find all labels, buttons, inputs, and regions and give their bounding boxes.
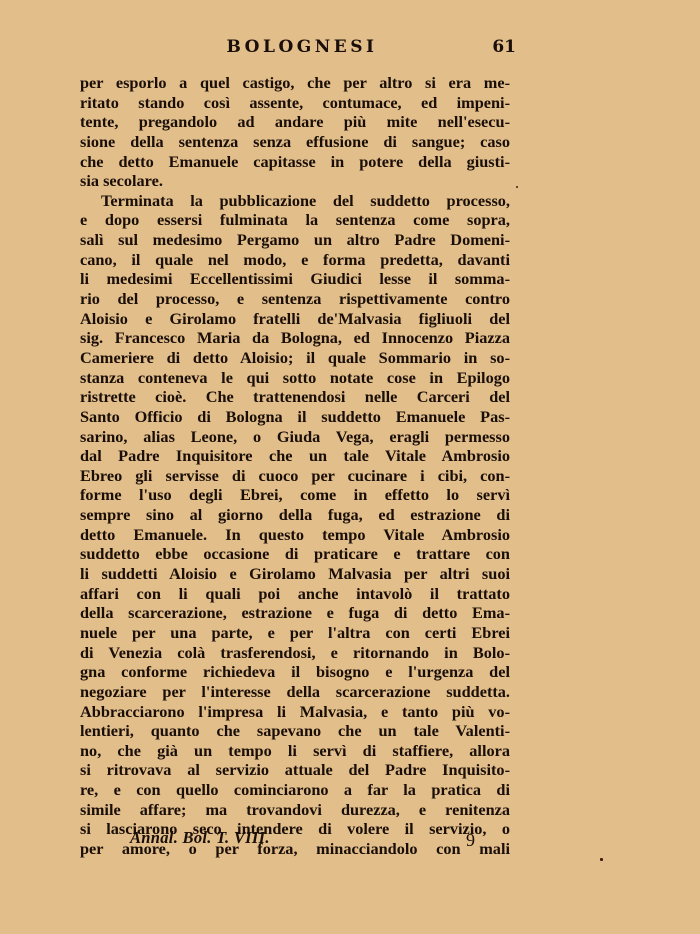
signature-mark: 9 [466,830,475,851]
text-line: Santo Officio di Bologna il suddetto Ema… [80,407,510,427]
text-line: Ebreo gli servisse di cuoco per cucinare… [80,466,510,486]
text-line: salì sul medesimo Pergamo un altro Padre… [80,230,510,250]
text-line: li suddetti Aloisio e Girolamo Malvasia … [80,564,510,584]
signature-line: Annal. Bol. T. VIII. [130,828,270,848]
text-line: e dopo essersi fulminata la sentenza com… [80,210,510,230]
body-text: per esporlo a quel castigo, che per altr… [80,73,510,859]
text-line: sempre sino al giorno della fuga, ed est… [80,505,510,525]
text-line: Cameriere di detto Aloisio; il quale Som… [80,348,510,368]
ink-speck [600,858,603,861]
text-line: dal Padre Inquisitore che un tale Vitale… [80,446,510,466]
book-page: BOLOGNESI 61 per esporlo a quel castigo,… [0,0,700,934]
text-line: sarino, alias Leone, o Giuda Vega, eragl… [80,427,510,447]
ink-speck [516,186,518,188]
text-line: no, che già un tempo li servì di staffie… [80,741,510,761]
running-head: BOLOGNESI 61 [80,37,510,61]
text-line: affari con li quali poi anche intavolò i… [80,584,510,604]
text-line: di Venezia colà trasferendosi, e ritorna… [80,643,510,663]
text-line: della scarcerazione, estrazione e fuga d… [80,603,510,623]
text-line: ristrette cioè. Che trattenendosi nelle … [80,387,510,407]
page-footer: Annal. Bol. T. VIII. 9 [130,828,475,850]
text-line: detto Emanuele. In questo tempo Vitale A… [80,525,510,545]
text-line: Abbracciarono l'impresa li Malvasia, e t… [80,702,510,722]
text-line: sig. Francesco Maria da Bologna, ed Inno… [80,328,510,348]
text-line: Aloisio e Girolamo fratelli de'Malvasia … [80,309,510,329]
text-line: rio del processo, e sentenza rispettivam… [80,289,510,309]
text-line: ritato stando così assente, contumace, e… [80,93,510,113]
text-line: nuele per una parte, e per l'altra con c… [80,623,510,643]
text-line: suddetto ebbe occasione di praticare e t… [80,544,510,564]
text-line: per esporlo a quel castigo, che per altr… [80,73,510,93]
text-line: simile affare; ma trovandovi durezza, e … [80,800,510,820]
text-line: stanza conteneva le qui sotto notate cos… [80,368,510,388]
text-line: gna conforme richiedeva il bisogno e l'u… [80,662,510,682]
text-line: tente, pregandolo ad andare più mite nel… [80,112,510,132]
text-line: re, e con quello cominciarono a far la p… [80,780,510,800]
text-line: forme l'uso degli Ebrei, come in effetto… [80,485,510,505]
text-line: lentieri, quanto che sapevano che un tal… [80,721,510,741]
text-line: li medesimi Eccellentissimi Giudici less… [80,269,510,289]
paragraph-start-line: Terminata la pubblicazione del suddetto … [80,191,510,211]
page-number: 61 [492,37,516,57]
text-line: che detto Emanuele capitasse in potere d… [80,152,510,172]
text-line: sione della sentenza senza effusione di … [80,132,510,152]
text-line: negoziare per l'interesse della scarcera… [80,682,510,702]
text-line: cano, il quale nel modo, e forma predett… [80,250,510,270]
text-line: sia secolare. [80,171,510,191]
text-line: si ritrovava al servizio attuale del Pad… [80,760,510,780]
running-title: BOLOGNESI [80,37,510,57]
